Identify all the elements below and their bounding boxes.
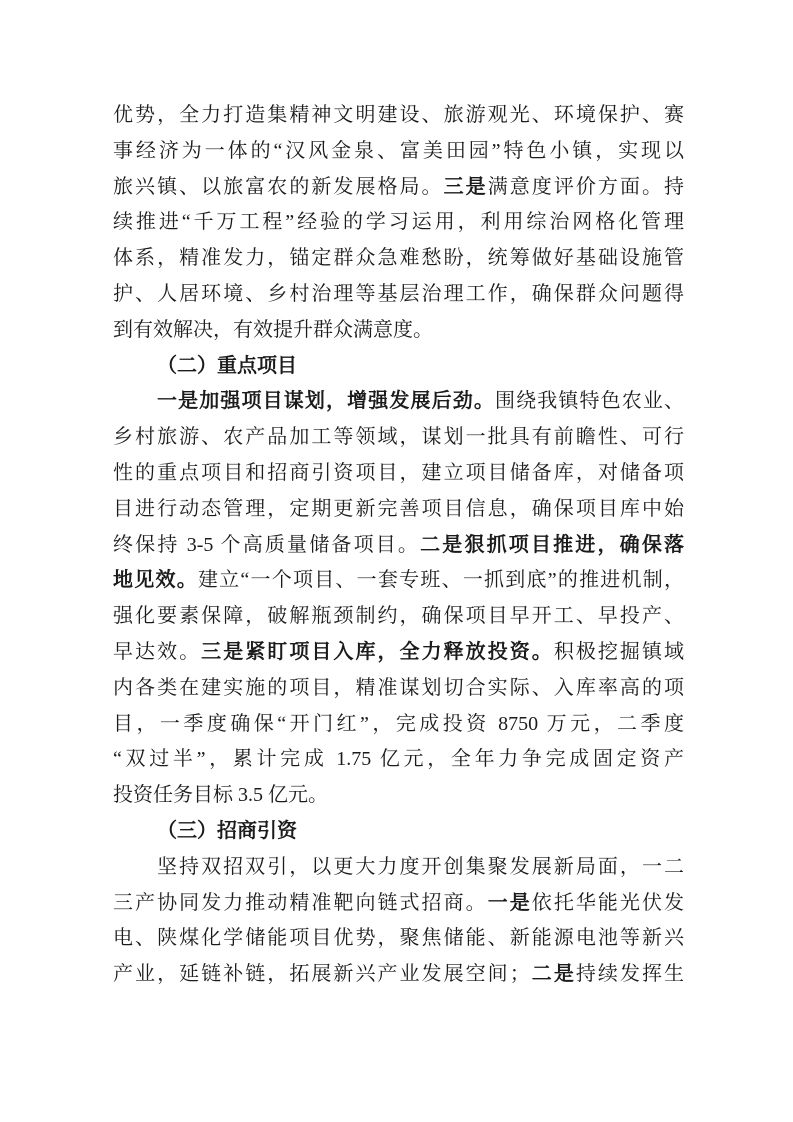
text-segment: 早达效。 [113,641,201,663]
text-line: 旅兴镇、以旅富农的新发展格局。三是满意度评价方面。持 [113,170,684,206]
text-segment: 事经济为一体的“汉风金泉、富美田园”特色小镇，实现以 [113,140,684,162]
text-line: 地见效。建立“一个项目、一套专班、一抓到底”的推进机制， [113,563,684,599]
text-line: 早达效。三是紧盯项目入库，全力释放投资。积极挖掘镇域 [113,635,684,671]
text-line: 续推进“千万工程”经验的学习运用，利用综治网格化管理 [113,205,684,241]
text-segment: 电、陕煤化学储能项目优势，聚焦储能、新能源电池等新兴 [113,927,684,949]
text-line: 目，一季度确保“开门红”，完成投资 8750 万元，二季度 [113,707,684,743]
text-segment: 依托华能光伏发 [532,892,684,914]
text-segment: 建立“一个项目、一套专班、一抓到底”的推进机制， [198,569,684,591]
text-segment: 到有效解决，有效提升群众满意度。 [113,319,433,341]
text-segment: 续推进“千万工程”经验的学习运用，利用综治网格化管理 [113,211,684,233]
bold-text-segment: 一是加强项目谋划，增强发展后劲。 [157,390,495,412]
section-heading: （二）重点项目 [113,349,684,385]
text-line: 目进行动态管理，定期更新完善项目信息，确保项目库中始 [113,492,684,528]
text-segment: 旅兴镇、以旅富农的新发展格局。 [113,176,444,198]
text-segment: 强化要素保障，破解瓶颈制约，确保项目早开工、早投产、 [113,605,684,627]
text-line: 终保持 3-5 个高质量储备项目。二是狠抓项目推进，确保落 [113,528,684,564]
text-line: 体系，精准发力，锚定群众急难愁盼，统筹做好基础设施管 [113,241,684,277]
text-segment: 优势，全力打造集精神文明建设、旅游观光、环境保护、赛 [113,104,684,126]
section-heading: （三）招商引资 [113,814,684,850]
text-segment: 目进行动态管理，定期更新完善项目信息，确保项目库中始 [113,498,684,520]
text-segment: 围绕我镇特色农业、 [495,390,684,412]
text-line: 电、陕煤化学储能项目优势，聚焦储能、新能源电池等新兴 [113,921,684,957]
text-line: “双过半”，累计完成 1.75 亿元，全年力争完成固定资产 [113,742,684,778]
text-segment: 投资任务目标 3.5 亿元。 [113,784,328,806]
text-segment: 终保持 3-5 个高质量储备项目。 [113,534,420,556]
text-line: 内各类在建实施的项目，精准谋划切合实际、入库率高的项 [113,671,684,707]
text-segment: 体系，精准发力，锚定群众急难愁盼，统筹做好基础设施管 [113,247,684,269]
text-line: 事经济为一体的“汉风金泉、富美田园”特色小镇，实现以 [113,134,684,170]
text-line: 乡村旅游、农产品加工等领域，谋划一批具有前瞻性、可行 [113,420,684,456]
text-segment: “双过半”，累计完成 1.75 亿元，全年力争完成固定资产 [113,748,684,770]
document-page: 优势，全力打造集精神文明建设、旅游观光、环境保护、赛事经济为一体的“汉风金泉、富… [0,0,793,1122]
bold-text-segment: 一是 [488,892,532,914]
text-line: 到有效解决，有效提升群众满意度。 [113,313,684,349]
text-line: 强化要素保障，破解瓶颈制约，确保项目早开工、早投产、 [113,599,684,635]
text-line: 产业，延链补链，拓展新兴产业发展空间；二是持续发挥生 [113,957,684,993]
text-line: 优势，全力打造集精神文明建设、旅游观光、环境保护、赛 [113,98,684,134]
text-line: 投资任务目标 3.5 亿元。 [113,778,684,814]
text-line: 性的重点项目和招商引资项目，建立项目储备库，对储备项 [113,456,684,492]
text-segment: 持续发挥生 [576,963,684,985]
text-line: 一是加强项目谋划，增强发展后劲。围绕我镇特色农业、 [113,384,684,420]
text-segment: 三产协同发力推动精准靶向链式招商。 [113,892,488,914]
text-segment: 性的重点项目和招商引资项目，建立项目储备库，对储备项 [113,462,684,484]
text-segment: 坚持双招双引，以更大力度开创集聚发展新局面，一二 [157,856,684,878]
bold-text-segment: 二是 [530,963,576,985]
text-segment: 产业，延链补链，拓展新兴产业发展空间； [113,963,530,985]
bold-text-segment: 地见效。 [113,569,198,591]
text-line: 坚持双招双引，以更大力度开创集聚发展新局面，一二 [113,850,684,886]
bold-text-segment: （二）重点项目 [157,355,297,377]
bold-text-segment: （三）招商引资 [157,820,297,842]
bold-text-segment: 二是狠抓项目推进，确保落 [420,534,684,556]
text-segment: 护、人居环境、乡村治理等基层治理工作，确保群众问题得 [113,283,684,305]
text-line: 三产协同发力推动精准靶向链式招商。一是依托华能光伏发 [113,886,684,922]
bold-text-segment: 三是紧盯项目入库，全力释放投资。 [201,641,554,663]
text-segment: 内各类在建实施的项目，精准谋划切合实际、入库率高的项 [113,677,684,699]
text-segment: 目，一季度确保“开门红”，完成投资 8750 万元，二季度 [113,713,684,735]
text-segment: 积极挖掘镇域 [554,641,684,663]
text-line: 护、人居环境、乡村治理等基层治理工作，确保群众问题得 [113,277,684,313]
text-segment: 满意度评价方面。持 [488,176,684,198]
page-text-content: 优势，全力打造集精神文明建设、旅游观光、环境保护、赛事经济为一体的“汉风金泉、富… [113,98,684,993]
text-segment: 乡村旅游、农产品加工等领域，谋划一批具有前瞻性、可行 [113,426,684,448]
bold-text-segment: 三是 [444,176,488,198]
